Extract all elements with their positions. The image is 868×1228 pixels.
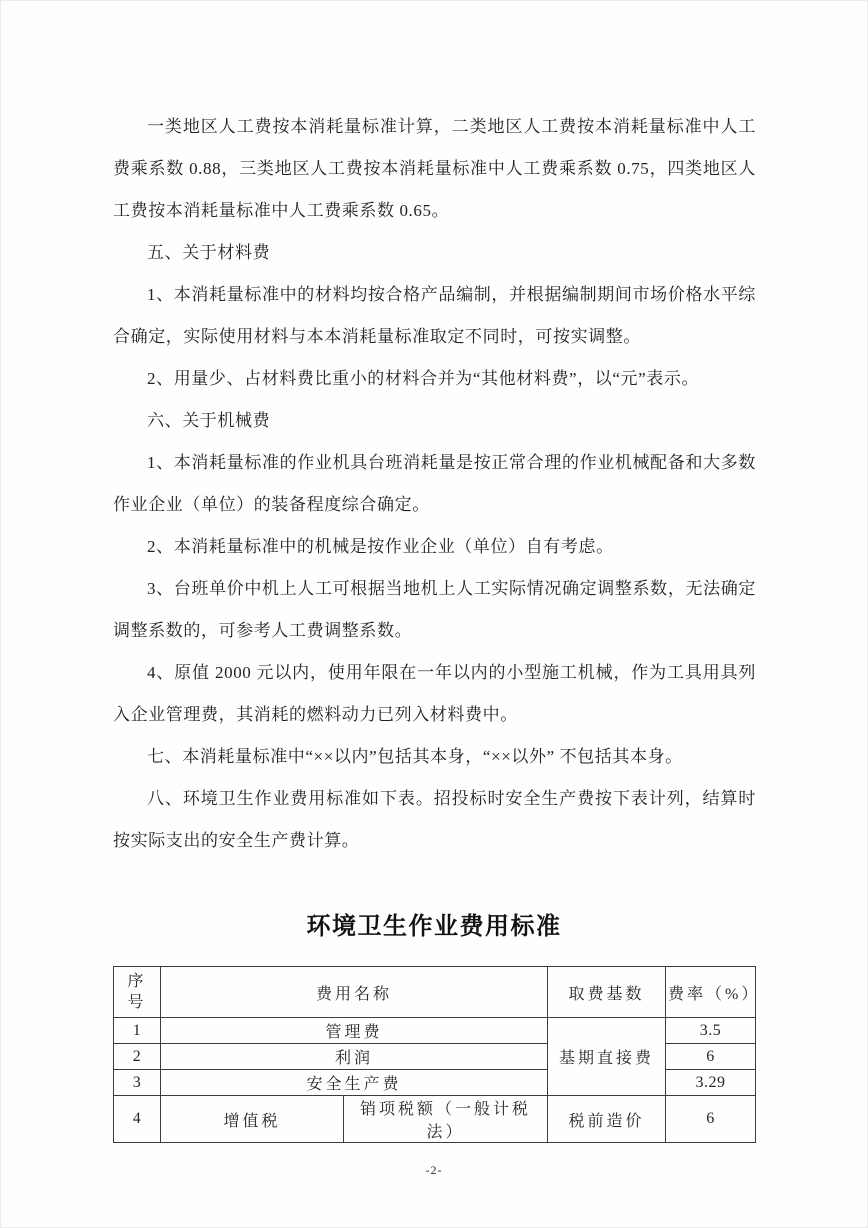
cell-rate-management-fee: 3.5 (666, 1018, 756, 1044)
cell-base-period-direct-fee: 基期直接费 (548, 1018, 666, 1096)
document-body: 一类地区人工费按本消耗量标准计算，二类地区人工费按本消耗量标准中人工费乘系数 0… (113, 106, 756, 906)
document-page: 一类地区人工费按本消耗量标准计算，二类地区人工费按本消耗量标准中人工费乘系数 0… (0, 0, 868, 1228)
cell-base-pre-tax-cost: 税前造价 (548, 1096, 666, 1143)
cell-seq-2: 2 (114, 1044, 161, 1070)
table-row-vat: 4 增值税 销项税额（一般计税法） 税前造价 6 (114, 1096, 756, 1143)
page-number: -2- (0, 1163, 868, 1178)
cell-rate-safety-production-fee: 3.29 (666, 1070, 756, 1096)
sanitation-fee-standard-table: 序号 费用名称 取费基数 费率（%） 1 管理费 基期直接费 3.5 2 利润 … (113, 966, 756, 1143)
table-header-seq: 序号 (114, 967, 161, 1018)
fee-table-title: 环境卫生作业费用标准 (0, 906, 868, 941)
paragraph-machinery-item-4: 4、原值 2000 元以内，使用年限在一年以内的小型施工机械，作为工具用具列入企… (113, 652, 756, 736)
paragraph-section-eight-fee-standard-intro: 八、环境卫生作业费用标准如下表。招投标时安全生产费按下表计列，结算时按实际支出的… (113, 778, 756, 862)
cell-rate-vat: 6 (666, 1096, 756, 1143)
paragraph-material-item-2: 2、用量少、占材料费比重小的材料合并为“其他材料费”，以“元”表示。 (113, 358, 756, 400)
cell-name-management-fee: 管理费 (161, 1018, 548, 1044)
cell-name-safety-production-fee: 安全生产费 (161, 1070, 548, 1096)
paragraph-machinery-item-3: 3、台班单价中机上人工可根据当地机上人工实际情况确定调整系数，无法确定调整系数的… (113, 568, 756, 652)
paragraph-section-seven-inclusion-rule: 七、本消耗量标准中“××以内”包括其本身，“××以外” 不包括其本身。 (113, 736, 756, 778)
cell-seq-3: 3 (114, 1070, 161, 1096)
table-row-management-fee: 1 管理费 基期直接费 3.5 (114, 1018, 756, 1044)
paragraph-labor-fee-coefficients: 一类地区人工费按本消耗量标准计算，二类地区人工费按本消耗量标准中人工费乘系数 0… (113, 106, 756, 232)
heading-section-six-machinery-fee: 六、关于机械费 (113, 400, 756, 442)
table-header-rate: 费率（%） (666, 967, 756, 1018)
table-header-base: 取费基数 (548, 967, 666, 1018)
cell-rate-profit: 6 (666, 1044, 756, 1070)
cell-name-profit: 利润 (161, 1044, 548, 1070)
paragraph-material-item-1: 1、本消耗量标准中的材料均按合格产品编制，并根据编制期间市场价格水平综合确定，实… (113, 274, 756, 358)
cell-seq-4: 4 (114, 1096, 161, 1143)
heading-section-five-material-fee: 五、关于材料费 (113, 232, 756, 274)
cell-seq-1: 1 (114, 1018, 161, 1044)
table-header-row: 序号 费用名称 取费基数 费率（%） (114, 967, 756, 1018)
paragraph-machinery-item-1: 1、本消耗量标准的作业机具台班消耗量是按正常合理的作业机械配备和大多数作业企业（… (113, 442, 756, 526)
cell-name-vat-output-tax: 销项税额（一般计税法） (344, 1096, 548, 1143)
cell-name-vat: 增值税 (161, 1096, 344, 1143)
table-header-fee-name: 费用名称 (161, 967, 548, 1018)
paragraph-machinery-item-2: 2、本消耗量标准中的机械是按作业企业（单位）自有考虑。 (113, 526, 756, 568)
